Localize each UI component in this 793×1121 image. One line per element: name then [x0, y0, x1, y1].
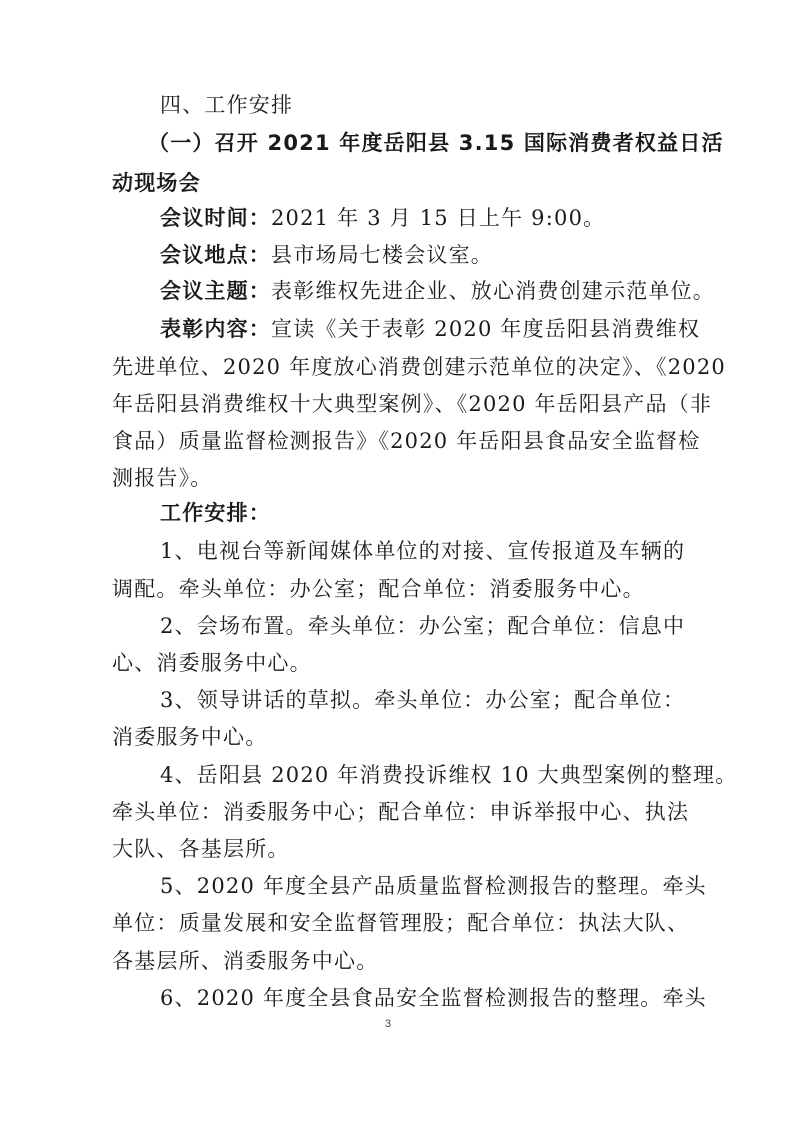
work-line: 各基层所、消委服务中心。 [112, 946, 378, 976]
work-line: 4、岳阳县 2020 年消费投诉维权 10 大典型案例的整理。 [160, 760, 737, 790]
commend-label: 表彰内容： [160, 317, 271, 341]
meeting-location: 会议地点：县市场局七楼会议室。 [160, 240, 493, 270]
work-line: 牵头单位：消委服务中心；配合单位：申诉举报中心、执法 [112, 797, 689, 827]
work-line: 调配。牵头单位：办公室；配合单位：消委服务中心。 [112, 574, 645, 604]
work-arrangement-label: 工作安排： [160, 498, 271, 528]
work-line: 1、电视台等新闻媒体单位的对接、宣传报道及车辆的 [160, 536, 685, 566]
work-line: 心、消委服务中心。 [112, 648, 312, 678]
subheading-line-1: （一）召开 2021 年度岳阳县 3.15 国际消费者权益日活 [148, 128, 724, 158]
subheading-line-2: 动现场会 [112, 168, 201, 198]
commend-line-5: 测报告》。 [112, 463, 213, 493]
work-line: 单位：质量发展和安全监督管理股；配合单位：执法大队、 [112, 908, 689, 938]
work-line: 6、2020 年度全县食品安全监督检测报告的整理。牵头 [160, 983, 707, 1013]
section-heading: 四、工作安排 [160, 90, 293, 120]
meeting-time: 会议时间：2021 年 3 月 15 日上午 9:00。 [160, 203, 605, 233]
commend-text: 宣读《关于表彰 2020 年度岳阳县消费维权 [271, 317, 700, 341]
commend-line-2: 先进单位、2020 年度放心消费创建示范单位的决定》、《2020 [112, 352, 726, 382]
meeting-theme-label: 会议主题： [160, 279, 271, 303]
work-line: 5、2020 年度全县产品质量监督检测报告的整理。牵头 [160, 871, 707, 901]
work-line: 消委服务中心。 [112, 722, 267, 752]
page-number: 3 [385, 1018, 391, 1030]
meeting-location-label: 会议地点： [160, 243, 271, 267]
meeting-time-label: 会议时间： [160, 206, 271, 230]
meeting-time-value: 2021 年 3 月 15 日上午 9:00。 [271, 206, 605, 230]
work-line: 3、领导讲话的草拟。牵头单位：办公室；配合单位： [160, 685, 685, 715]
work-line: 2、会场布置。牵头单位：办公室；配合单位：信息中 [160, 611, 685, 641]
work-line: 大队、各基层所。 [112, 834, 290, 864]
meeting-theme: 会议主题：表彰维权先进企业、放心消费创建示范单位。 [160, 276, 715, 306]
commend-line-4: 食品）质量监督检测报告》《2020 年岳阳县食品安全监督检 [112, 426, 700, 456]
commend-line-1: 表彰内容：宣读《关于表彰 2020 年度岳阳县消费维权 [160, 314, 700, 344]
meeting-theme-value: 表彰维权先进企业、放心消费创建示范单位。 [271, 279, 715, 303]
commend-line-3: 年岳阳县消费维权十大典型案例》、《2020 年岳阳县产品（非 [112, 389, 712, 419]
meeting-location-value: 县市场局七楼会议室。 [271, 243, 493, 267]
